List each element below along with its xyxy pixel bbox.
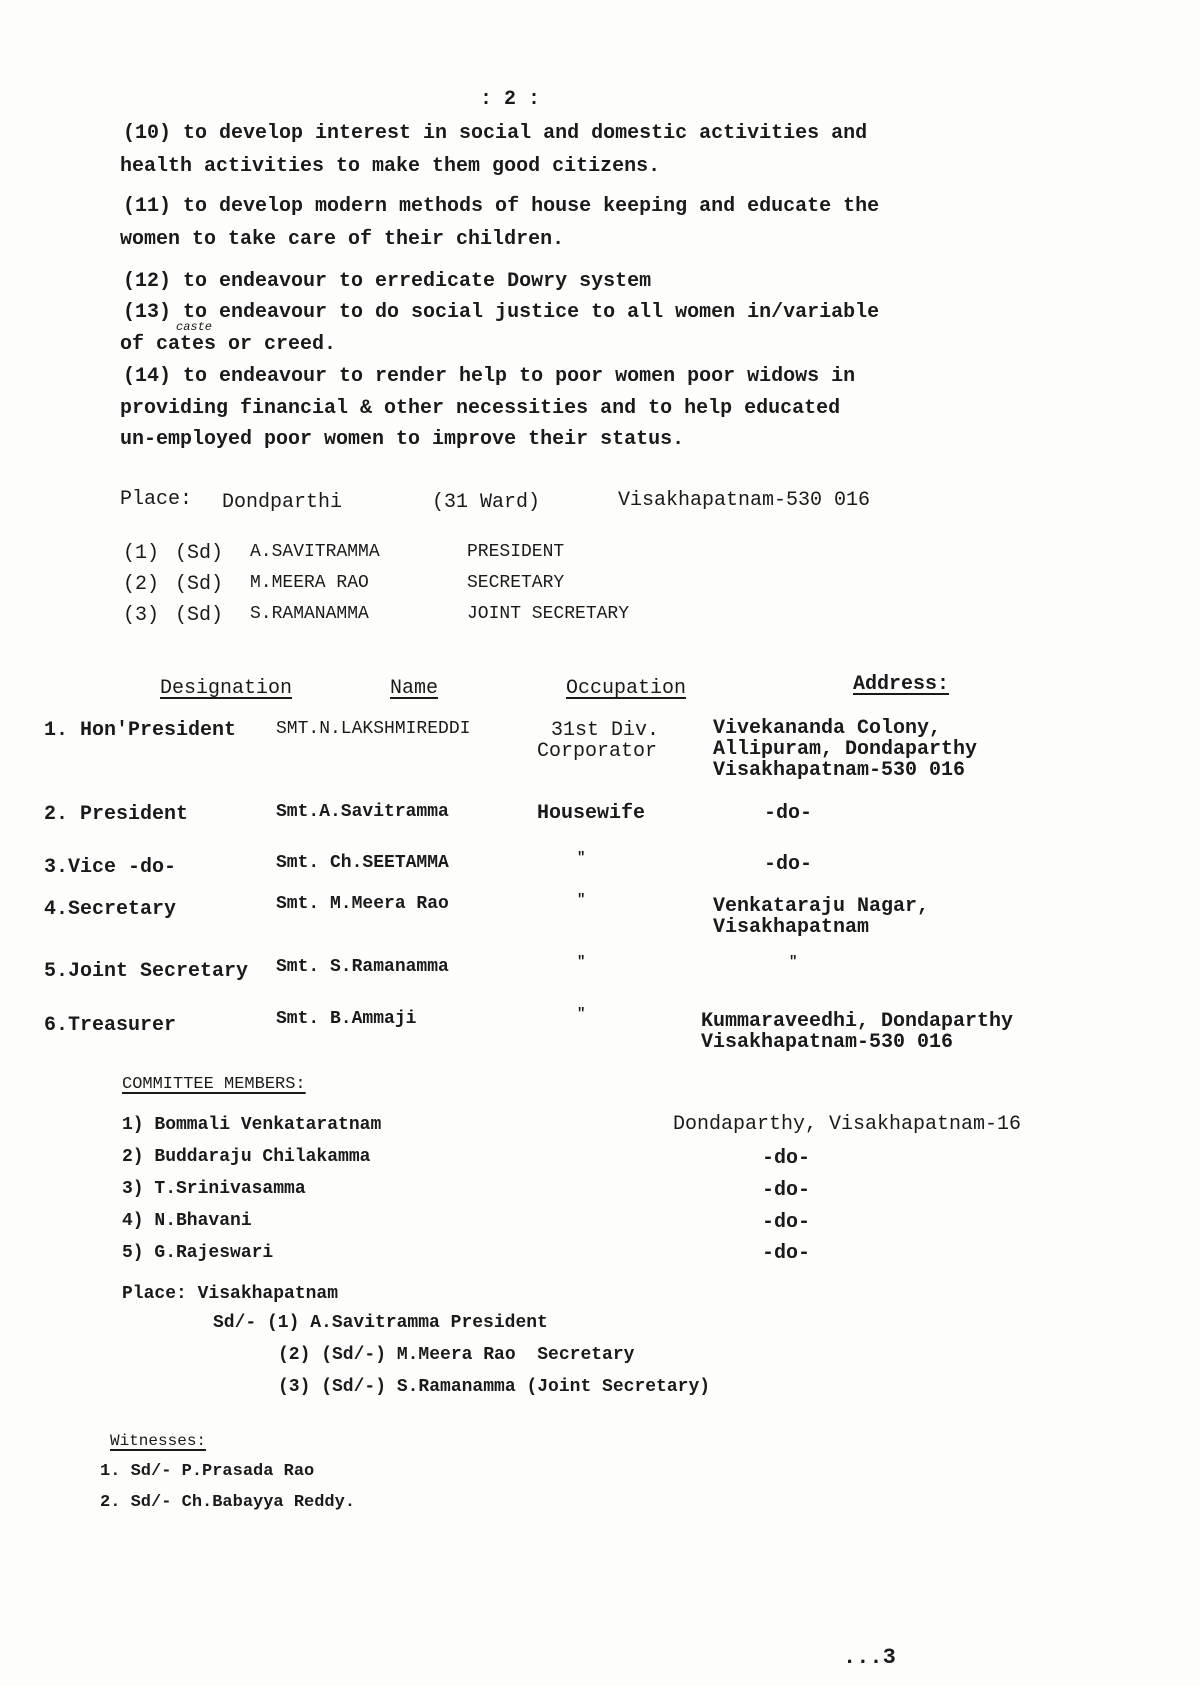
committee-member-address: -do- <box>762 1242 810 1265</box>
signatory-name: A.SAVITRAMMA <box>250 542 380 562</box>
place-city: Visakhapatnam-530 016 <box>618 489 870 512</box>
place-ward: (31 Ward) <box>432 491 540 514</box>
cell-name: SMT.N.LAKSHMIREDDI <box>276 719 470 739</box>
signatory-number: (3) <box>123 604 159 627</box>
committee-member-address: -do- <box>762 1211 810 1234</box>
header-address: Address: <box>853 673 949 696</box>
cell-designation: 2. President <box>44 803 188 826</box>
committee-member: 2) Buddaraju Chilakamma <box>122 1147 370 1167</box>
cell-name: Smt. Ch.SEETAMMA <box>276 853 449 873</box>
cell-occupation: " <box>577 892 585 908</box>
closing-signature: (2) (Sd/-) M.Meera Rao Secretary <box>278 1345 634 1365</box>
objective-14-line-3: un-employed poor women to improve their … <box>120 428 684 451</box>
signatory-sd: (Sd) <box>175 542 223 565</box>
cell-address: Visakhapatnam <box>713 916 869 939</box>
cell-address: Allipuram, Dondaparthy <box>713 738 977 761</box>
objective-11-line-2: women to take care of their children. <box>120 228 564 251</box>
objective-13-line-2: of cates or creed. <box>120 333 336 356</box>
committee-member-address: -do- <box>762 1147 810 1170</box>
committee-member: 5) G.Rajeswari <box>122 1243 273 1263</box>
witnesses-heading: Witnesses: <box>110 1432 206 1450</box>
cell-address: Vivekananda Colony, <box>713 717 941 740</box>
cell-address: Kummaraveedhi, Dondaparthy <box>701 1010 1013 1033</box>
signatory-name: S.RAMANAMMA <box>250 604 369 624</box>
cell-occupation: " <box>577 954 585 970</box>
signatory-name: M.MEERA RAO <box>250 573 369 593</box>
continuation-marker: ...3 <box>843 1645 896 1670</box>
cell-name: Smt. S.Ramanamma <box>276 957 449 977</box>
signatory-role: JOINT SECRETARY <box>467 604 629 624</box>
objective-10-line-2: health activities to make them good citi… <box>120 155 660 178</box>
witness: 1. Sd/- P.Prasada Rao <box>100 1462 314 1481</box>
closing-signature: (3) (Sd/-) S.Ramanamma (Joint Secretary) <box>278 1377 710 1397</box>
objective-14-line-2: providing financial & other necessities … <box>120 397 840 420</box>
cell-address: Visakhapatnam-530 016 <box>701 1031 953 1054</box>
signatory-role: PRESIDENT <box>467 542 564 562</box>
cell-designation: 1. Hon'President <box>44 719 236 742</box>
signatory-number: (2) <box>123 573 159 596</box>
cell-name: Smt. M.Meera Rao <box>276 894 449 914</box>
header-designation: Designation <box>160 677 292 700</box>
objective-14-line-1: (14) to endeavour to render help to poor… <box>123 365 855 388</box>
committee-member: 3) T.Srinivasamma <box>122 1179 306 1199</box>
objective-10-line-1: (10) to develop interest in social and d… <box>123 122 867 145</box>
cell-address: -do- <box>764 802 812 825</box>
signatory-number: (1) <box>123 542 159 565</box>
committee-member-address: Dondaparthy, Visakhapatnam-16 <box>673 1113 1021 1136</box>
committee-member: 1) Bommali Venkataratnam <box>122 1115 381 1135</box>
place-label: Place: <box>120 488 192 511</box>
header-name: Name <box>390 677 438 700</box>
cell-name: Smt.A.Savitramma <box>276 802 449 822</box>
cell-address: Venkataraju Nagar, <box>713 895 929 918</box>
cell-address: " <box>789 954 797 970</box>
committee-member: 4) N.Bhavani <box>122 1211 252 1231</box>
objective-13-line-1: (13) to endeavour to do social justice t… <box>123 301 879 324</box>
cell-designation: 6.Treasurer <box>44 1014 176 1037</box>
cell-name: Smt. B.Ammaji <box>276 1009 416 1029</box>
committee-heading: COMMITTEE MEMBERS: <box>122 1075 306 1094</box>
cell-occupation: 31st Div. <box>551 719 659 742</box>
cell-occupation: " <box>577 1006 585 1022</box>
cell-occupation: Housewife <box>537 802 645 825</box>
header-occupation: Occupation <box>566 677 686 700</box>
page-number: : 2 : <box>480 88 540 111</box>
witness: 2. Sd/- Ch.Babayya Reddy. <box>100 1493 355 1512</box>
place-locality: Dondparthi <box>222 491 342 514</box>
cell-address: Visakhapatnam-530 016 <box>713 759 965 782</box>
signatory-sd: (Sd) <box>175 573 223 596</box>
committee-member-address: -do- <box>762 1179 810 1202</box>
objective-12: (12) to endeavour to erredicate Dowry sy… <box>123 270 651 293</box>
closing-place: Place: Visakhapatnam <box>122 1284 338 1304</box>
handwritten-correction: caste <box>176 320 212 334</box>
cell-designation: 5.Joint Secretary <box>44 960 248 983</box>
signatory-role: SECRETARY <box>467 573 564 593</box>
cell-address: -do- <box>764 853 812 876</box>
cell-designation: 4.Secretary <box>44 898 176 921</box>
cell-designation: 3.Vice -do- <box>44 856 176 879</box>
cell-occupation: Corporator <box>537 740 657 763</box>
objective-11-line-1: (11) to develop modern methods of house … <box>123 195 879 218</box>
signatory-sd: (Sd) <box>175 604 223 627</box>
closing-signature: Sd/- (1) A.Savitramma President <box>213 1313 548 1333</box>
cell-occupation: " <box>577 850 585 866</box>
